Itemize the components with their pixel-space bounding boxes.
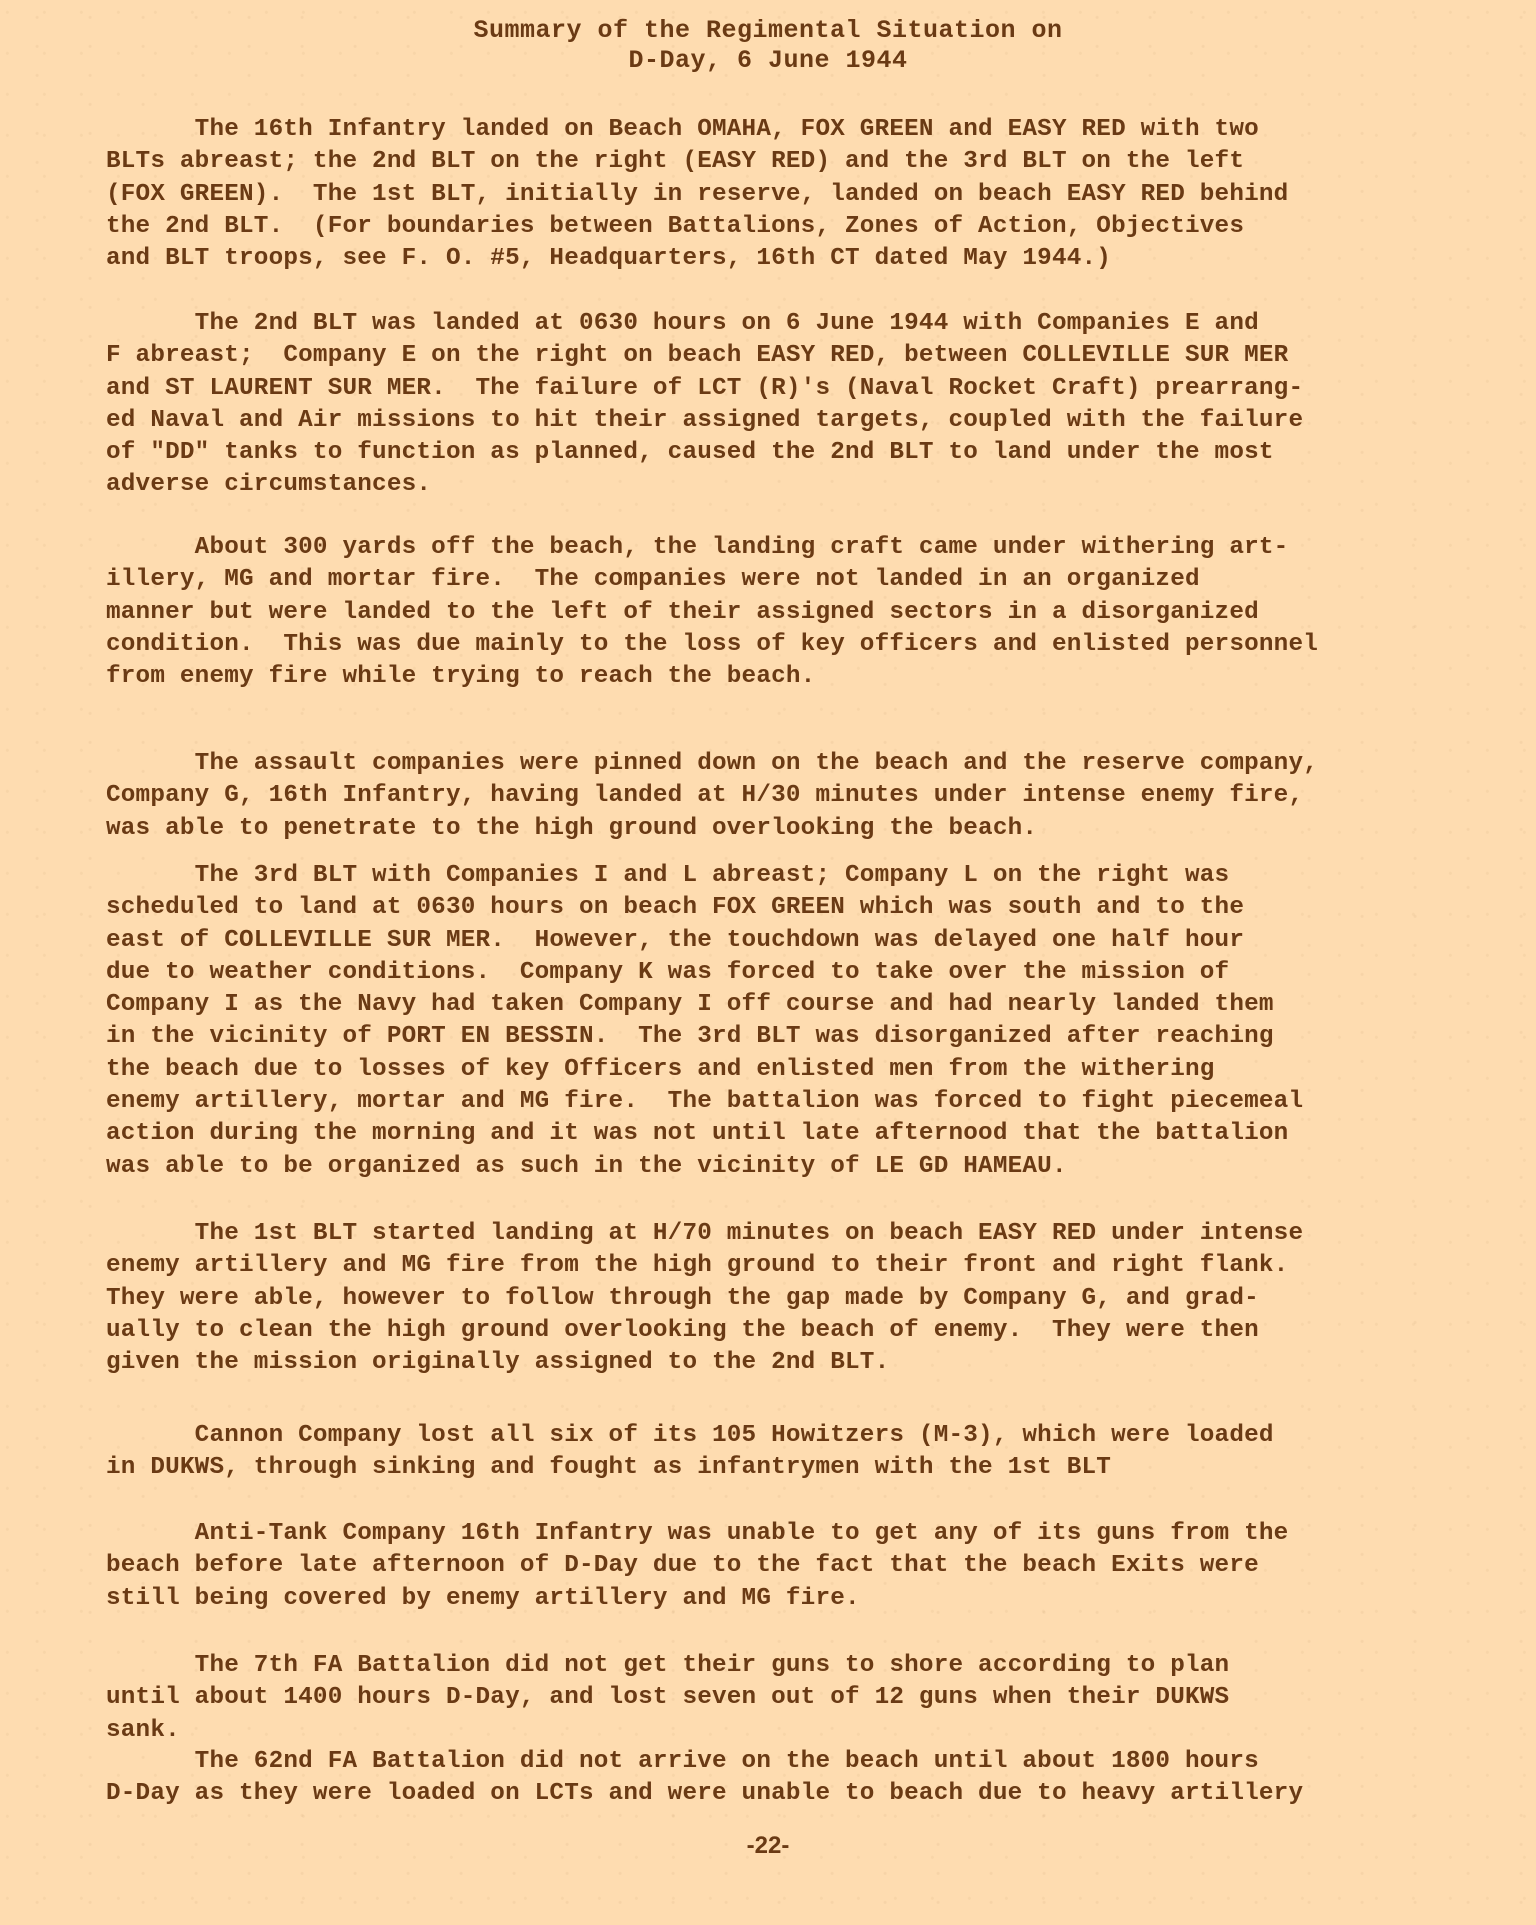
text-line: in the vicinity of PORT EN BESSIN. The 3… [106, 1021, 1446, 1053]
text-line: manner but were landed to the left of th… [106, 597, 1446, 629]
text-line: and BLT troops, see F. O. #5, Headquarte… [106, 243, 1446, 275]
text-line: was able to be organized as such in the … [106, 1151, 1446, 1183]
text-line: ed Naval and Air missions to hit their a… [106, 405, 1446, 437]
text-line: the 2nd BLT. (For boundaries between Bat… [106, 211, 1446, 243]
page-number: -22- [0, 1832, 1536, 1860]
text-line: About 300 yards off the beach, the landi… [106, 532, 1446, 564]
text-line: ually to clean the high ground overlooki… [106, 1315, 1446, 1347]
document-title-line-1: Summary of the Regimental Situation on [0, 16, 1536, 46]
text-line: D-Day as they were loaded on LCTs and we… [106, 1778, 1446, 1810]
text-line: sank. [106, 1715, 1446, 1747]
paragraph: Anti-Tank Company 16th Infantry was unab… [106, 1518, 1446, 1615]
text-line: still being covered by enemy artillery a… [106, 1583, 1446, 1615]
text-line: They were able, however to follow throug… [106, 1283, 1446, 1315]
text-line: F abreast; Company E on the right on bea… [106, 340, 1446, 372]
document-title-line-2: D-Day, 6 June 1944 [0, 46, 1536, 76]
text-line: the beach due to losses of key Officers … [106, 1054, 1446, 1086]
text-line: due to weather conditions. Company K was… [106, 957, 1446, 989]
text-line: Cannon Company lost all six of its 105 H… [106, 1420, 1446, 1452]
text-line: The assault companies were pinned down o… [106, 748, 1446, 780]
text-line: enemy artillery, mortar and MG fire. The… [106, 1086, 1446, 1118]
text-line: The 7th FA Battalion did not get their g… [106, 1650, 1446, 1682]
text-line: east of COLLEVILLE SUR MER. However, the… [106, 925, 1446, 957]
text-line: of "DD" tanks to function as planned, ca… [106, 437, 1446, 469]
text-line: illery, MG and mortar fire. The companie… [106, 564, 1446, 596]
text-line: scheduled to land at 0630 hours on beach… [106, 892, 1446, 924]
text-line: in DUKWS, through sinking and fought as … [106, 1452, 1446, 1484]
paragraph: About 300 yards off the beach, the landi… [106, 532, 1446, 693]
text-line: was able to penetrate to the high ground… [106, 813, 1446, 845]
text-line: The 62nd FA Battalion did not arrive on … [106, 1746, 1446, 1778]
paragraph: The assault companies were pinned down o… [106, 748, 1446, 845]
document-page: Summary of the Regimental Situation on D… [0, 0, 1536, 1925]
text-line: and ST LAURENT SUR MER. The failure of L… [106, 373, 1446, 405]
paragraph: The 7th FA Battalion did not get their g… [106, 1650, 1446, 1747]
text-line: The 2nd BLT was landed at 0630 hours on … [106, 308, 1446, 340]
text-line: The 16th Infantry landed on Beach OMAHA,… [106, 114, 1446, 146]
text-line: condition. This was due mainly to the lo… [106, 629, 1446, 661]
text-line: The 1st BLT started landing at H/70 minu… [106, 1218, 1446, 1250]
text-line: Company G, 16th Infantry, having landed … [106, 780, 1446, 812]
text-line: adverse circumstances. [106, 469, 1446, 501]
text-line: BLTs abreast; the 2nd BLT on the right (… [106, 146, 1446, 178]
text-line: beach before late afternoon of D-Day due… [106, 1550, 1446, 1582]
text-line: Anti-Tank Company 16th Infantry was unab… [106, 1518, 1446, 1550]
paragraph: The 1st BLT started landing at H/70 minu… [106, 1218, 1446, 1379]
paragraph: The 62nd FA Battalion did not arrive on … [106, 1746, 1446, 1811]
text-line: until about 1400 hours D-Day, and lost s… [106, 1682, 1446, 1714]
paragraph: The 3rd BLT with Companies I and L abrea… [106, 860, 1446, 1183]
paragraph: The 16th Infantry landed on Beach OMAHA,… [106, 114, 1446, 275]
paragraph: Cannon Company lost all six of its 105 H… [106, 1420, 1446, 1485]
text-line: enemy artillery and MG fire from the hig… [106, 1250, 1446, 1282]
text-line: (FOX GREEN). The 1st BLT, initially in r… [106, 179, 1446, 211]
text-line: given the mission originally assigned to… [106, 1347, 1446, 1379]
paragraph: The 2nd BLT was landed at 0630 hours on … [106, 308, 1446, 502]
text-line: from enemy fire while trying to reach th… [106, 661, 1446, 693]
text-line: action during the morning and it was not… [106, 1118, 1446, 1150]
text-line: The 3rd BLT with Companies I and L abrea… [106, 860, 1446, 892]
text-line: Company I as the Navy had taken Company … [106, 989, 1446, 1021]
